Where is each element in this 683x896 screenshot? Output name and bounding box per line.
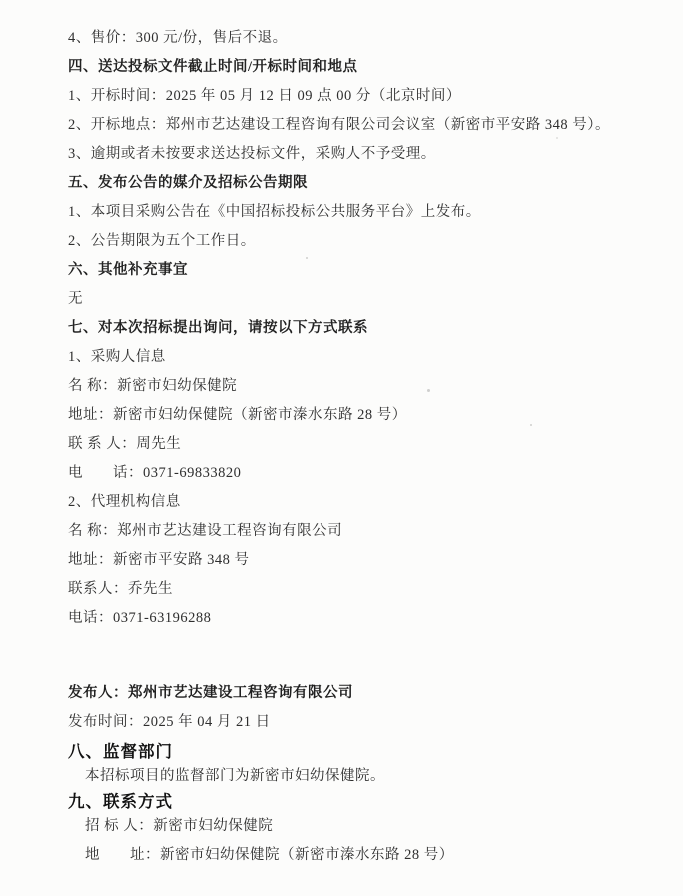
section-heading-6-other-matters: 六、其他补充事宜 xyxy=(68,260,653,280)
doc-line-late-submission: 3、逾期或者未按要求送达投标文件，采购人不予受理。 xyxy=(68,144,653,164)
doc-line-tenderer-name: 招 标 人：新密市妇幼保健院 xyxy=(68,816,653,836)
doc-line-purchaser-contact: 联 系 人：周先生 xyxy=(68,434,653,454)
doc-line-supervision-body: 本招标项目的监督部门为新密市妇幼保健院。 xyxy=(68,766,653,786)
section-heading-8-supervision-dept: 八、监督部门 xyxy=(68,741,653,763)
doc-line-publish-date: 发布时间：2025 年 04 月 21 日 xyxy=(68,712,653,732)
section-heading-9-contact-info: 九、联系方式 xyxy=(68,791,653,813)
scan-speck xyxy=(530,424,532,426)
document-body: 4、售价：300 元/份，售后不退。 四、送达投标文件截止时间/开标时间和地点 … xyxy=(68,28,653,865)
doc-line-agency-contact: 联系人：乔先生 xyxy=(68,579,653,599)
doc-line-tenderer-address: 地 址：新密市妇幼保健院（新密市溱水东路 28 号） xyxy=(68,845,653,865)
section-heading-7-inquiry-contact: 七、对本次招标提出询问，请按以下方式联系 xyxy=(68,318,653,338)
doc-line-purchaser-info-title: 1、采购人信息 xyxy=(68,347,653,367)
scan-speck xyxy=(427,389,430,392)
doc-line-publisher: 发布人：郑州市艺达建设工程咨询有限公司 xyxy=(68,683,653,703)
doc-line-price: 4、售价：300 元/份，售后不退。 xyxy=(68,28,653,48)
doc-line-announcement-period: 2、公告期限为五个工作日。 xyxy=(68,231,653,251)
scanned-document-page: 4、售价：300 元/份，售后不退。 四、送达投标文件截止时间/开标时间和地点 … xyxy=(0,0,683,896)
doc-line-purchaser-name: 名 称：新密市妇幼保健院 xyxy=(68,376,653,396)
doc-line-purchaser-phone: 电 话：0371-69833820 xyxy=(68,463,653,483)
doc-line-agency-phone: 电话：0371-63196288 xyxy=(68,608,653,628)
scan-speck xyxy=(306,257,308,259)
doc-line-announcement-platform: 1、本项目采购公告在《中国招标投标公共服务平台》上发布。 xyxy=(68,202,653,222)
doc-line-purchaser-address: 地址：新密市妇幼保健院（新密市溱水东路 28 号） xyxy=(68,405,653,425)
doc-line-bid-opening-time: 1、开标时间：2025 年 05 月 12 日 09 点 00 分（北京时间） xyxy=(68,86,653,106)
scan-speck xyxy=(556,137,558,139)
doc-line-agency-info-title: 2、代理机构信息 xyxy=(68,492,653,512)
doc-line-agency-name: 名 称：郑州市艺达建设工程咨询有限公司 xyxy=(68,521,653,541)
doc-line-bid-opening-place: 2、开标地点：郑州市艺达建设工程咨询有限公司会议室（新密市平安路 348 号）。 xyxy=(68,115,653,135)
section-heading-4-delivery-deadline: 四、送达投标文件截止时间/开标时间和地点 xyxy=(68,57,653,77)
doc-line-none: 无 xyxy=(68,289,653,309)
section-heading-5-announcement-media: 五、发布公告的媒介及招标公告期限 xyxy=(68,173,653,193)
doc-line-agency-address: 地址：新密市平安路 348 号 xyxy=(68,550,653,570)
